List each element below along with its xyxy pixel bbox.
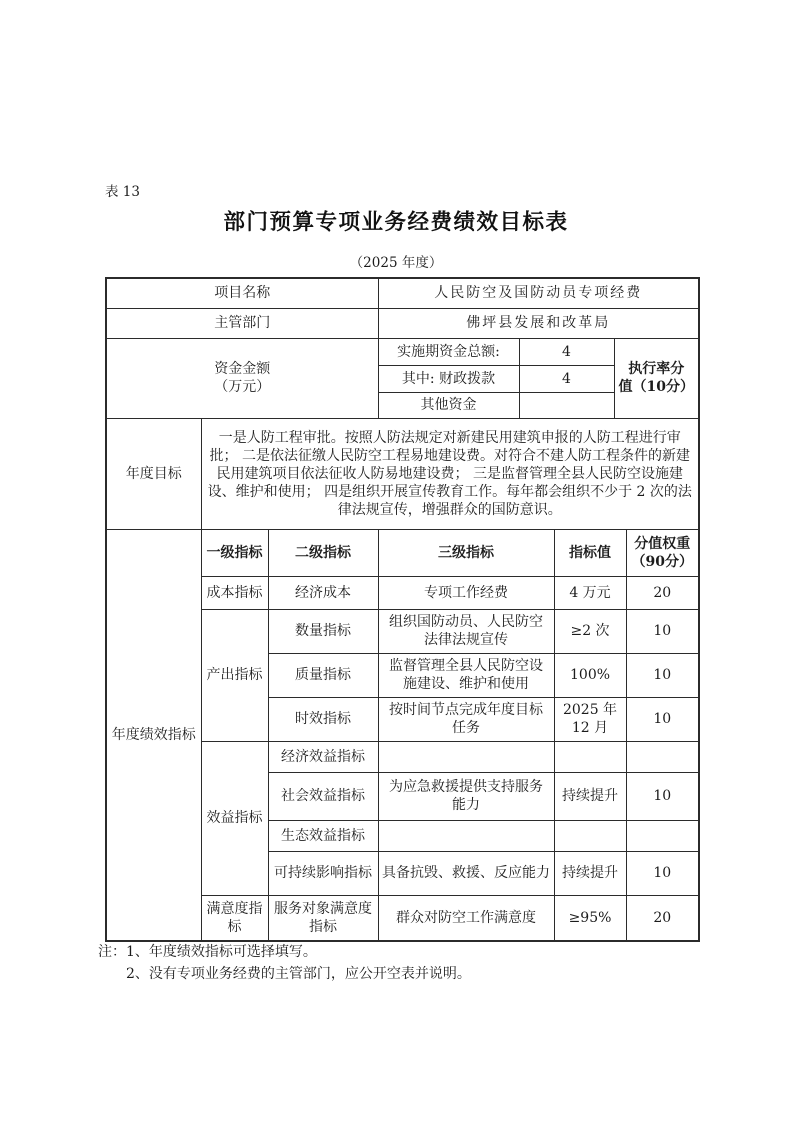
annual-goal-label: 年度目标 bbox=[106, 418, 201, 529]
indicator-value bbox=[554, 741, 626, 772]
funding-other-label: 其他资金 bbox=[378, 392, 519, 418]
indicator-l3: 为应急救援提供支持服务能力 bbox=[378, 772, 554, 820]
indicator-l3 bbox=[378, 820, 554, 851]
budget-performance-table: 项目名称 人民防空及国防动员专项经费 主管部门 佛坪县发展和改革局 资金金额 （… bbox=[105, 277, 700, 942]
indicator-l3: 组织国防动员、人民防空法律法规宣传 bbox=[378, 609, 554, 653]
indicator-value: 4 万元 bbox=[554, 576, 626, 609]
funding-total-label: 实施期资金总额: bbox=[378, 338, 519, 365]
indicator-l2: 经济效益指标 bbox=[268, 741, 378, 772]
table-row: 年度绩效指标 一级指标 二级指标 三级指标 指标值 分值权重 （90分） bbox=[106, 529, 699, 576]
indicator-l2: 时效指标 bbox=[268, 697, 378, 741]
table-row: 年度目标 一是人防工程审批。按照人防法规定对新建民用建筑申报的人防工程进行审批；… bbox=[106, 418, 699, 529]
header-level2: 二级指标 bbox=[268, 529, 378, 576]
indicator-l2: 服务对象满意度指标 bbox=[268, 895, 378, 941]
indicator-value: 持续提升 bbox=[554, 851, 626, 895]
page-subtitle: （2025 年度） bbox=[0, 251, 792, 271]
header-weight: 分值权重 （90分） bbox=[626, 529, 699, 576]
indicator-weight: 10 bbox=[626, 697, 699, 741]
indicator-weight: 10 bbox=[626, 653, 699, 697]
indicator-l2: 数量指标 bbox=[268, 609, 378, 653]
project-name-label: 项目名称 bbox=[106, 278, 378, 308]
indicator-value: ≥2 次 bbox=[554, 609, 626, 653]
footnotes: 注：1、年度绩效指标可选择填写。 2、没有专项业务经费的主管部门，应公开空表并说… bbox=[98, 941, 471, 985]
department-value: 佛坪县发展和改革局 bbox=[378, 308, 699, 338]
indicator-l3: 监督管理全县人民防空设施建设、维护和使用 bbox=[378, 653, 554, 697]
funding-other-value bbox=[519, 392, 614, 418]
header-level1: 一级指标 bbox=[201, 529, 268, 576]
department-label: 主管部门 bbox=[106, 308, 378, 338]
indicator-value: 100% bbox=[554, 653, 626, 697]
indicator-l1: 成本指标 bbox=[201, 576, 268, 609]
indicator-l2: 经济成本 bbox=[268, 576, 378, 609]
funding-amount-label: 资金金额 （万元） bbox=[106, 338, 378, 418]
indicator-section-label: 年度绩效指标 bbox=[106, 529, 201, 941]
indicator-l3: 按时间节点完成年度目标任务 bbox=[378, 697, 554, 741]
indicator-l1: 产出指标 bbox=[201, 609, 268, 741]
header-level3: 三级指标 bbox=[378, 529, 554, 576]
indicator-weight: 20 bbox=[626, 576, 699, 609]
indicator-l2: 可持续影响指标 bbox=[268, 851, 378, 895]
table-row: 资金金额 （万元） 实施期资金总额: 4 执行率分 值（10分） bbox=[106, 338, 699, 365]
page-title: 部门预算专项业务经费绩效目标表 bbox=[0, 205, 792, 236]
annual-goal-text: 一是人防工程审批。按照人防法规定对新建民用建筑申报的人防工程进行审批； 二是依法… bbox=[201, 418, 699, 529]
indicator-value bbox=[554, 820, 626, 851]
indicator-weight: 10 bbox=[626, 609, 699, 653]
indicator-value: ≥95% bbox=[554, 895, 626, 941]
indicator-weight: 10 bbox=[626, 851, 699, 895]
indicator-l3: 具备抗毁、救援、反应能力 bbox=[378, 851, 554, 895]
indicator-l3: 群众对防空工作满意度 bbox=[378, 895, 554, 941]
indicator-l2: 质量指标 bbox=[268, 653, 378, 697]
execution-rate-score-label: 执行率分 值（10分） bbox=[614, 338, 699, 418]
indicator-weight bbox=[626, 820, 699, 851]
indicator-l1: 满意度指标 bbox=[201, 895, 268, 941]
indicator-l2: 社会效益指标 bbox=[268, 772, 378, 820]
header-value: 指标值 bbox=[554, 529, 626, 576]
funding-fiscal-label: 其中: 财政拨款 bbox=[378, 365, 519, 392]
indicator-value: 2025 年 12 月 bbox=[554, 697, 626, 741]
indicator-weight: 10 bbox=[626, 772, 699, 820]
indicator-l3 bbox=[378, 741, 554, 772]
indicator-value: 持续提升 bbox=[554, 772, 626, 820]
table-row: 项目名称 人民防空及国防动员专项经费 bbox=[106, 278, 699, 308]
table-row: 主管部门 佛坪县发展和改革局 bbox=[106, 308, 699, 338]
indicator-weight: 20 bbox=[626, 895, 699, 941]
footnote-1: 注：1、年度绩效指标可选择填写。 bbox=[98, 941, 471, 963]
funding-fiscal-value: 4 bbox=[519, 365, 614, 392]
indicator-l3: 专项工作经费 bbox=[378, 576, 554, 609]
indicator-weight bbox=[626, 741, 699, 772]
indicator-l1: 效益指标 bbox=[201, 741, 268, 895]
funding-total-value: 4 bbox=[519, 338, 614, 365]
table-number: 表 13 bbox=[105, 180, 140, 200]
footnote-2: 2、没有专项业务经费的主管部门，应公开空表并说明。 bbox=[126, 963, 471, 985]
project-name-value: 人民防空及国防动员专项经费 bbox=[378, 278, 699, 308]
indicator-l2: 生态效益指标 bbox=[268, 820, 378, 851]
